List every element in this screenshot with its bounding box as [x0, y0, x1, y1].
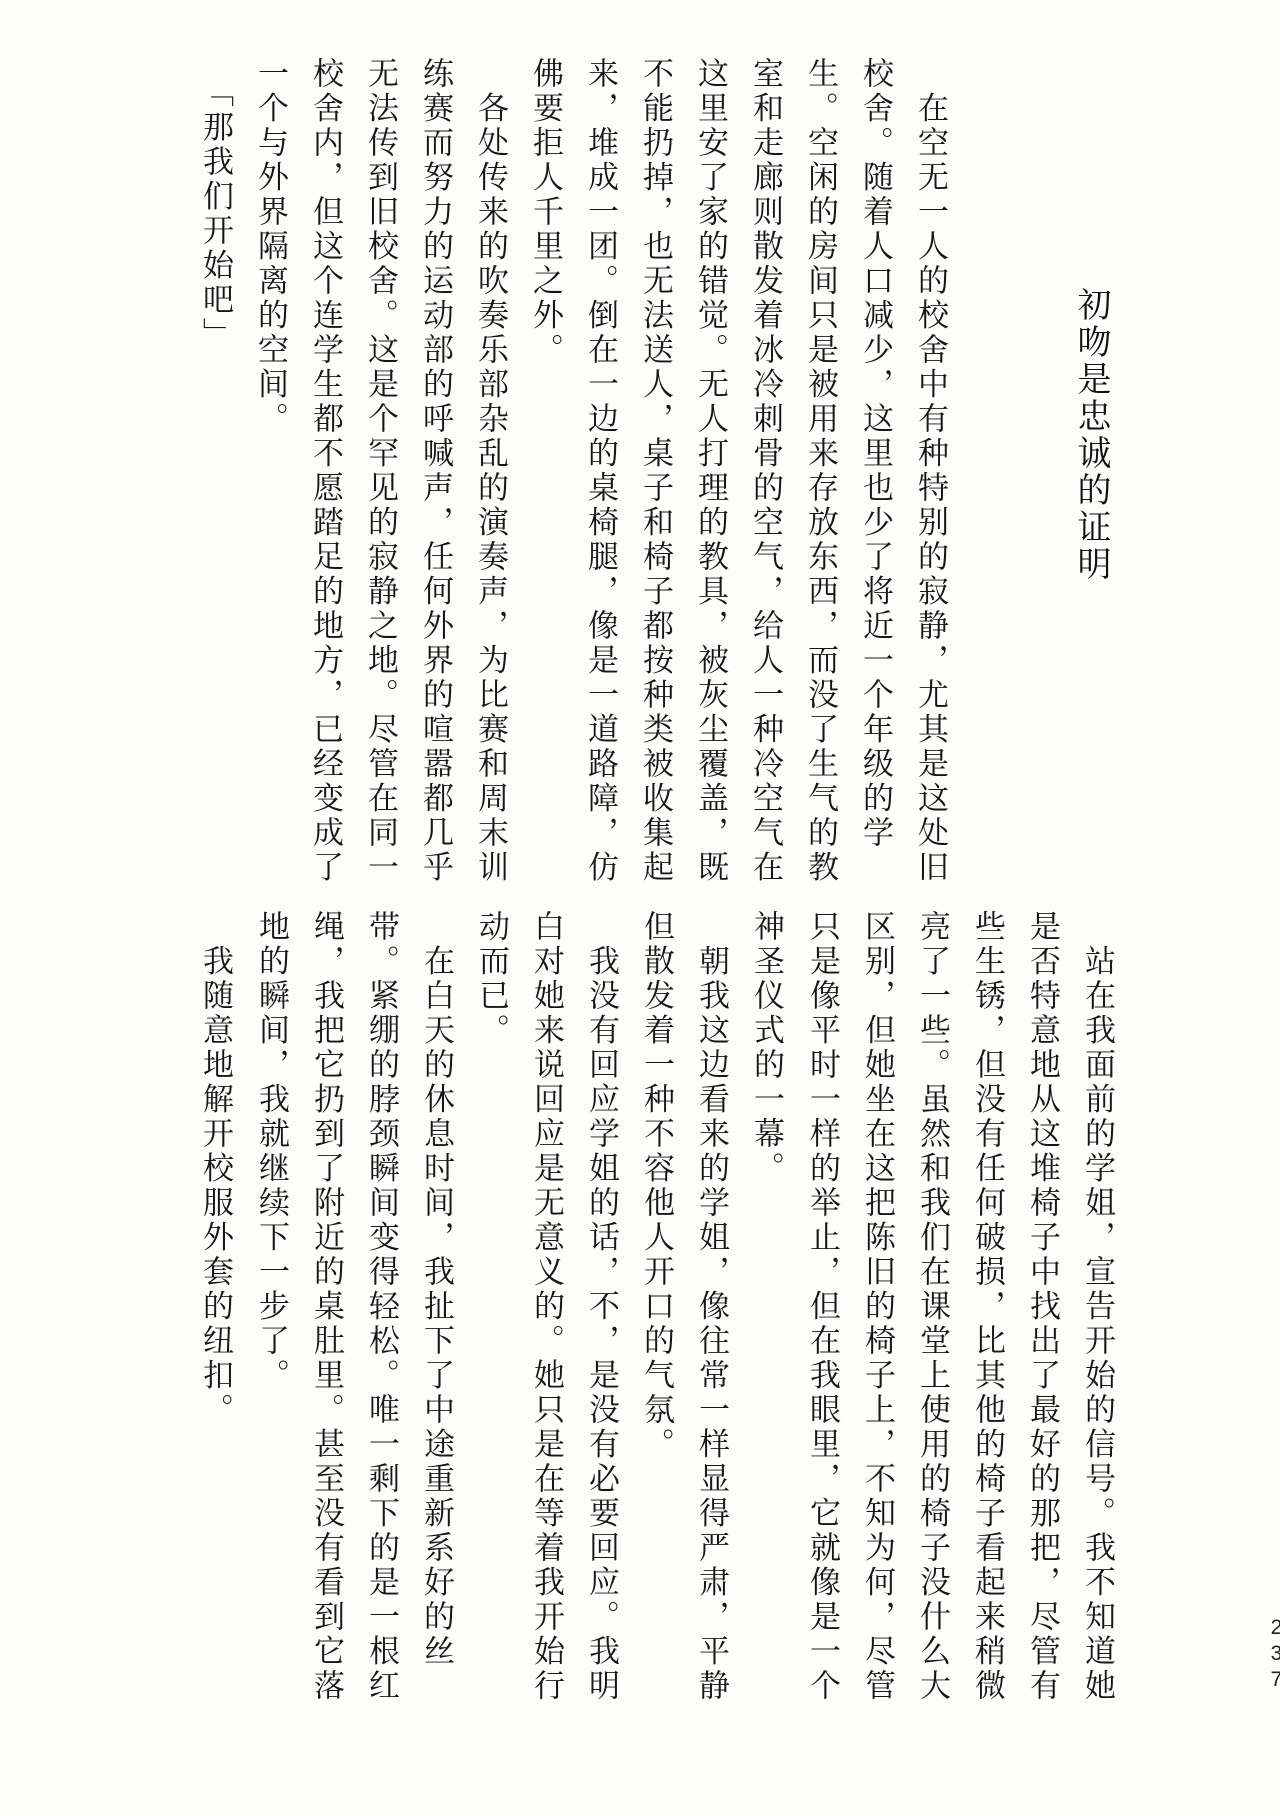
- text-column: 但散发着一种不容他人开口的气氛。: [636, 910, 676, 1462]
- text-column: 练赛而努力的运动部的呼喊声，任何外界的喧嚣都几乎: [415, 57, 455, 885]
- chapter-title: 初吻是忠诚的证明: [1068, 287, 1112, 583]
- text-column: 来，堆成一团。倒在一边的桌椅腿，像是一道路障，仿: [580, 57, 620, 885]
- text-column: 神圣仪式的一幕。: [746, 910, 786, 1186]
- text-column: 这里安了家的错觉。无人打理的教具，被灰尘覆盖，既: [690, 57, 730, 885]
- text-column: 是否特意地从这堆椅子中找出了最好的那把，尽管有: [1022, 910, 1062, 1704]
- text-column: 佛要拒人千里之外。: [525, 57, 565, 368]
- text-column: 各处传来的吹奏乐部杂乱的演奏声，为比赛和周末训: [470, 57, 510, 885]
- text-column: 一个与外界隔离的空间。: [250, 57, 290, 437]
- text-column: 我随意地解开校服外套的纽扣。: [195, 910, 235, 1428]
- text-column: 「那我们开始吧」: [195, 57, 235, 352]
- text-column: 我没有回应学姐的话，不，是没有必要回应。我明: [581, 910, 621, 1704]
- text-column: 校舍内，但这个连学生都不愿踏足的地方，已经变成了: [305, 57, 345, 885]
- text-column: 生。空闲的房间只是被用来存放东西，而没了生气的教: [800, 57, 840, 885]
- text-column: 只是像平时一样的举止，但在我眼里，它就像是一个: [802, 910, 842, 1704]
- text-column: 白对她来说回应是无意义的。她只是在等着我开始行: [526, 910, 566, 1704]
- text-column: 些生锈，但没有任何破损，比其他的椅子看起来稍微: [967, 910, 1007, 1704]
- text-column: 绳，我把它扔到了附近的桌肚里。甚至没有看到它落: [306, 910, 346, 1704]
- text-column: 区别，但她坐在这把陈旧的椅子上，不知为何，尽管: [857, 910, 897, 1704]
- text-column: 亮了一些。虽然和我们在课堂上使用的椅子没什么大: [912, 910, 952, 1704]
- text-column: 朝我这边看来的学姐，像往常一样显得严肃，平静: [691, 910, 731, 1704]
- text-column: 在白天的休息时间，我扯下了中途重新系好的丝: [416, 910, 456, 1669]
- text-column: 站在我面前的学姐，宣告开始的信号。我不知道她: [1077, 910, 1117, 1704]
- book-page: 初吻是忠诚的证明 在空无一人的校舍中有种特别的寂静，尤其是这处旧 校舍。随着人口…: [0, 0, 1280, 1816]
- text-column: 校舍。随着人口减少，这里也少了将近一个年级的学: [855, 57, 895, 851]
- text-column: 带。紧绷的脖颈瞬间变得轻松。唯一剩下的是一根红: [361, 910, 401, 1704]
- text-column: 动而已。: [471, 910, 511, 1048]
- text-column: 在空无一人的校舍中有种特别的寂静，尤其是这处旧: [910, 57, 950, 885]
- page-number: 237: [1262, 1616, 1280, 1694]
- text-column: 不能扔掉，也无法送人，桌子和椅子都按种类被收集起: [635, 57, 675, 885]
- text-column: 地的瞬间，我就继续下一步了。: [251, 910, 291, 1393]
- text-column: 无法传到旧校舍。这是个罕见的寂静之地。尽管在同一: [360, 57, 400, 885]
- text-column: 室和走廊则散发着冰冷刺骨的空气，给人一种冷空气在: [745, 57, 785, 885]
